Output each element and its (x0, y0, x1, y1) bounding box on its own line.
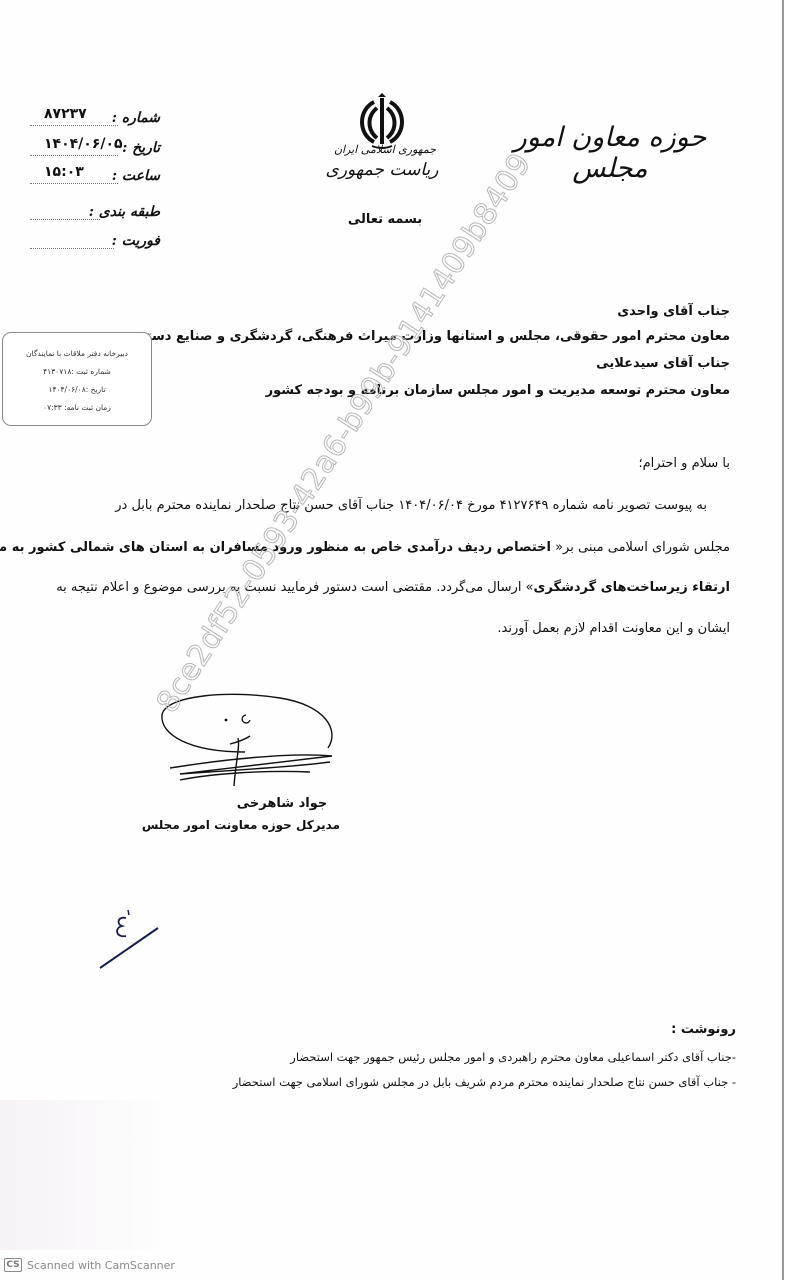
meta-value: ۸۷۲۳۷ (44, 106, 87, 122)
body-line-2: مجلس شورای اسلامی مبنی بر« اختصاص ردیف د… (0, 540, 730, 555)
dotted-line (30, 183, 118, 184)
stamp-line: تاریخ :۱۴۰۴/۰۶/۰۸ (3, 385, 151, 394)
dotted-line (30, 219, 100, 220)
dotted-line (30, 125, 118, 126)
watermark-id: 8ce2df52-0593-42a6-b99b-9141409b8409 (150, 180, 517, 719)
scan-shadow (0, 1100, 170, 1250)
meta-label: شماره : (112, 110, 160, 126)
meta-label: فوریت : (112, 233, 160, 249)
meta-urgency: فوریت : (30, 227, 160, 253)
dotted-line (30, 248, 114, 249)
signatory-title: مدیرکل حوزه معاونت امور مجلس (140, 818, 340, 832)
meta-label: ساعت : (112, 168, 160, 184)
body-subject: ارتقاء زیرساخت‌های گردشگری (534, 580, 730, 595)
camscanner-footer: CS Scanned with CamScanner (4, 1257, 175, 1273)
meta-label: تاریخ : (122, 140, 160, 156)
body-line-3: ارتقاء زیرساخت‌های گردشگری» ارسال می‌گرد… (56, 580, 730, 595)
emblem-caption: جمهوری اسلامی ایران (330, 143, 440, 156)
cc-item-1: -جناب آقای دکتر اسماعیلی معاون محترم راه… (290, 1050, 736, 1064)
stamp-line: زمان ثبت نامه: ۰۷:۳۳ (3, 403, 151, 412)
handwritten-mark-icon (90, 900, 170, 980)
body-text: مجلس شورای اسلامی مبنی بر« (551, 540, 730, 555)
meta-value: ۱۴۰۴/۰۶/۰۵ (44, 136, 123, 152)
meta-value: ۱۵:۰۳ (44, 164, 84, 180)
addressee-title-2: معاون محترم توسعه مدیریت و امور مجلس ساز… (266, 383, 730, 398)
emblem-title: ریاست جمهوری (322, 160, 442, 180)
cc-title: رونوشت : (671, 1022, 736, 1037)
signatory-name: جواد شاهرخی (222, 796, 342, 811)
meta-time: ساعت : ۱۵:۰۳ (30, 162, 160, 188)
body-line-1: به پیوست تصویر نامه شماره ۴۱۲۷۶۴۹ مورخ ۱… (115, 498, 707, 513)
cc-item-2: - جناب آقای حسن نتاج صلحدار نماینده محتر… (233, 1075, 736, 1089)
addressee-name-1: جناب آقای واحدی (617, 304, 730, 319)
org-title: حوزه معاون امور مجلس (500, 122, 720, 184)
meta-number: شماره : ۸۷۲۳۷ (30, 104, 160, 130)
dotted-line (30, 155, 118, 156)
camscanner-logo-icon: CS (4, 1258, 22, 1272)
addressee-name-2: جناب آقای سیدعلایی (596, 356, 730, 371)
body-text: » ارسال می‌گردد. مقتضی است دستور فرمایید… (56, 580, 533, 595)
addressee-title-1: معاون محترم امور حقوقی، مجلس و استانها و… (134, 329, 730, 344)
greeting: با سلام و احترام؛ (639, 456, 731, 471)
stamp-line: دبیرخانه دفتر ملاقات با نمایندگان (3, 349, 151, 358)
letter-page: شماره : ۸۷۲۳۷ تاریخ : ۱۴۰۴/۰۶/۰۵ ساعت : … (0, 0, 784, 1280)
meta-date: تاریخ : ۱۴۰۴/۰۶/۰۵ (30, 134, 160, 160)
meta-label: طبقه بندی : (89, 204, 160, 220)
stamp-line: شماره ثبت :۴۱۳۰۷۱۸ (3, 367, 151, 376)
meta-classification: طبقه بندی : (30, 198, 160, 224)
body-line-4: ایشان و این معاونت اقدام لازم بعمل آورند… (497, 621, 730, 636)
registration-stamp: دبیرخانه دفتر ملاقات با نمایندگان شماره … (2, 332, 152, 426)
camscanner-text: Scanned with CamScanner (27, 1259, 175, 1272)
bismillah: بسمه تعالی (330, 212, 440, 227)
